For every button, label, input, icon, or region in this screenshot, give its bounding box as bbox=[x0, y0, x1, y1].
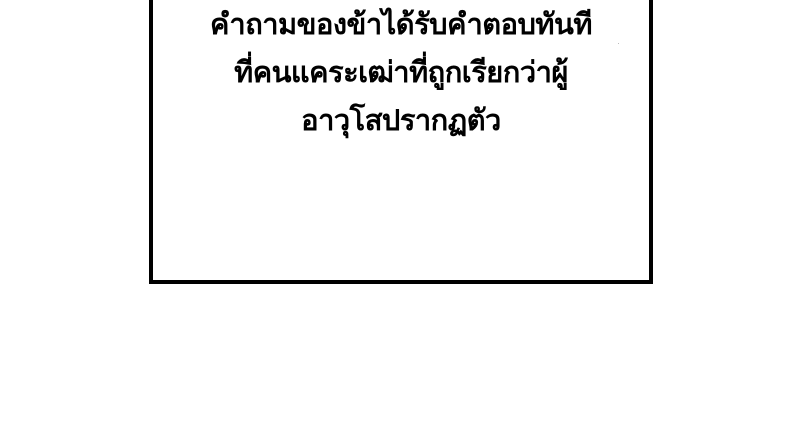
artifact-speck bbox=[618, 43, 619, 44]
caption-line-2: ที่คนแคระเฒ่าที่ถูกเรียกว่าผู้ bbox=[153, 48, 649, 96]
caption-line-3: อาวุโสปรากฏตัว bbox=[153, 96, 649, 144]
comic-caption-box: คำถามของข้าได้รับคำตอบทันที ที่คนแคระเฒ่… bbox=[149, 0, 653, 284]
caption-text: คำถามของข้าได้รับคำตอบทันที ที่คนแคระเฒ่… bbox=[153, 0, 649, 144]
caption-line-1: คำถามของข้าได้รับคำตอบทันที bbox=[153, 0, 649, 48]
